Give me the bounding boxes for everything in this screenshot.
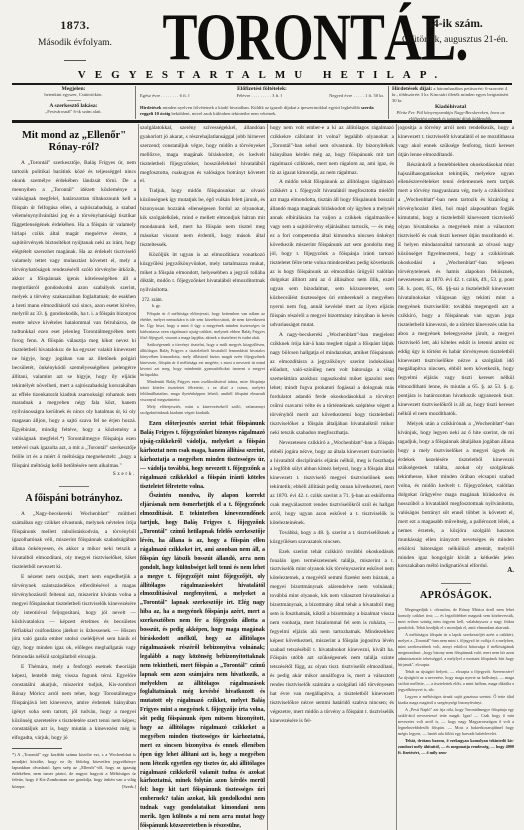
minutes-paragraph: Szükségesnek a törvényt tisztelni, hogy …: [140, 342, 265, 378]
divider: [12, 748, 62, 749]
info-band: Megjelen: hetenkint egyszer, Csütörtökön…: [12, 86, 512, 119]
ads-label: Hirdetések: [140, 105, 161, 110]
column-2: szolgálatokkal, szerény szívességekkel, …: [140, 124, 265, 830]
minutes-paragraph: Mely előterjesztés, mint a kinevezésekrő…: [140, 404, 265, 416]
article-paragraph: Közöljük itt ugyan is az elmozdításra vo…: [140, 251, 265, 296]
column-divider: [396, 124, 397, 830]
article-headline: Mit mond az „Ellenőr" Rónay-ról?: [12, 130, 136, 154]
ads-notice: Hirdetések minden nyelven fölvétetnek a …: [136, 105, 388, 117]
article-paragraph: jogosítja a törvény arról nem rendelkezi…: [398, 124, 514, 160]
column-1: Mit mond az „Ellenőr" Rónay-ról? A „Toro…: [12, 124, 136, 830]
issue-date: Csütörtök, augusztus 21-én.: [390, 35, 520, 45]
article-paragraph: Őszintén mondva, ily alapon korrekt eljá…: [140, 492, 265, 830]
column-divider: [138, 124, 139, 830]
divider: [67, 100, 81, 101]
article-paragraph: A „Torontál" szerkesztője, Baláş Frigyes…: [12, 159, 136, 471]
divider: [59, 486, 89, 487]
price-row: Félévre . . . . . . . . . 3 ft. ‖: [236, 93, 281, 99]
footnote-signature: [Szerk.]: [122, 784, 136, 790]
article-paragraph: Részünkről a fentebbiekben okoskodásokat…: [398, 161, 514, 419]
divider: [12, 83, 512, 85]
section-paragraph: Tehát az újságíró helyett, — elcsapta a …: [398, 669, 514, 693]
volume: Második évfolyam.: [20, 38, 130, 48]
article-paragraph: E Thémára, mely a fenforgó esetnek theor…: [12, 663, 136, 743]
minutes-paragraph: Főispán úr ő méltósága előterjeszti, hog…: [140, 311, 265, 341]
article-paragraph: Továbbá, hogy a 48. §. szerint a t. tisz…: [270, 529, 394, 547]
subscription-info: Előfizetési föltételek: Egész évre . . .…: [136, 86, 389, 119]
masthead-right: 34-ik szám. Csütörtök, augusztus 21-én.: [390, 18, 520, 45]
article-paragraph: Nevezetesen czikkíró a „Wochenblatt"-ban…: [270, 439, 394, 528]
footnote: *) A „Torontál" egy korábbi száma közölt…: [12, 752, 136, 790]
section-aprosagok: APRÓSÁGOK. Megengedjük t. olvasóim, de R…: [398, 590, 514, 756]
ad-fees-info: Hirdetések díjai: a háromhasábos petitso…: [389, 86, 512, 119]
price-row: Negyed évre . . . . . 1 ft. 50 kr.: [329, 93, 384, 99]
price-row: Egész évre . . . . . . . . 6 ft. ‖: [140, 93, 189, 99]
article-paragraph: Ezen előterjesztés szerint tehát főispán…: [140, 420, 265, 491]
section-paragraph: Legyen a méltóságos úrnak saját gusztusa…: [398, 694, 514, 706]
section-paragraph: A „Pesti Napló" azt írja róla, hogy Toro…: [398, 707, 514, 737]
article-paragraph: Melyek után a czikkírónak a „Wochenblatt…: [398, 420, 514, 571]
publication-text: hetenkint egyszer, Csütörtökön.: [12, 92, 135, 98]
article-paragraph: Ezek szerint tehát czikkíró további okos…: [270, 548, 394, 726]
masthead: 1873. Második évfolyam. TORONTÁL. 34-ik …: [0, 0, 524, 82]
issue-number: 34-ik szám.: [390, 18, 520, 30]
article-paragraph: A „Nagy-becskereki Wochenblatt" múltheti…: [12, 510, 136, 572]
divider: [64, 60, 86, 61]
article-signature: Szerk.: [12, 471, 136, 477]
article-paragraph: Tudjuk, hogy midőn főispánunkat az olvas…: [140, 187, 265, 249]
article-paragraph: A nagy-becskereki „Wochenblatt"-ban megj…: [270, 331, 394, 438]
document-subref: b. gy.: [152, 303, 265, 308]
column-divider: [267, 124, 268, 830]
article-paragraph: A midőn tehát főispánunk az állítólagos …: [270, 178, 394, 329]
article-headline: A főispáni botrányhoz.: [12, 493, 136, 505]
minutes-paragraph: Mindenütt Baláş Frigyes ezen oszlikodásá…: [140, 379, 265, 403]
article-paragraph: szolgálatokkal, szerény szívességekkel, …: [140, 124, 265, 186]
column-4: jogosítja a törvény arról nem rendelkezi…: [398, 124, 514, 830]
article-foispani-botrany: A főispáni botrányhoz. A „Nagy-becskerek…: [12, 493, 136, 790]
section-headline: APRÓSÁGOK.: [398, 590, 514, 602]
article-paragraph: E nézetet nem osztjuk, mert nem engedhet…: [12, 573, 136, 662]
divider: [12, 120, 512, 123]
office-text: „Festvárosnál" 6-ik szám alatt.: [12, 109, 135, 115]
newspaper-title: TORONTÁL.: [163, 4, 368, 71]
newspaper-subtitle: VEGYESTARTALMU HETILAP.: [0, 69, 524, 81]
column-3: hogy nem volt ember-e a ki az állítólago…: [270, 124, 394, 830]
article-columns: Mit mond az „Ellenőr" Rónay-ról? A „Toro…: [12, 124, 514, 830]
year: 1873.: [20, 18, 130, 33]
divider: [441, 583, 471, 584]
newspaper-page: 1873. Második évfolyam. TORONTÁL. 34-ik …: [0, 0, 524, 830]
subscription-prices: Egész évre . . . . . . . . 6 ft. ‖ Félév…: [136, 93, 388, 99]
section-paragraph: Megengedjük t. olvasóim, de Rónay Móricz…: [398, 607, 514, 631]
subscription-heading: Előfizetési föltételek:: [136, 86, 388, 92]
section-paragraph: Tehát, drótam barom, ő ezekugyan komolya…: [398, 738, 514, 756]
publication-info: Megjelen: hetenkint egyszer, Csütörtökön…: [12, 86, 136, 119]
section-paragraph: A méltóságos főispán úr a lapok szerkesz…: [398, 632, 514, 668]
article-paragraph: hogy nem volt ember-e a ki az állítólago…: [270, 124, 394, 177]
masthead-left: 1873. Második évfolyam.: [20, 18, 130, 61]
article-ellenor-ronay: Mit mond az „Ellenőr" Rónay-ról? A „Toro…: [12, 130, 136, 477]
